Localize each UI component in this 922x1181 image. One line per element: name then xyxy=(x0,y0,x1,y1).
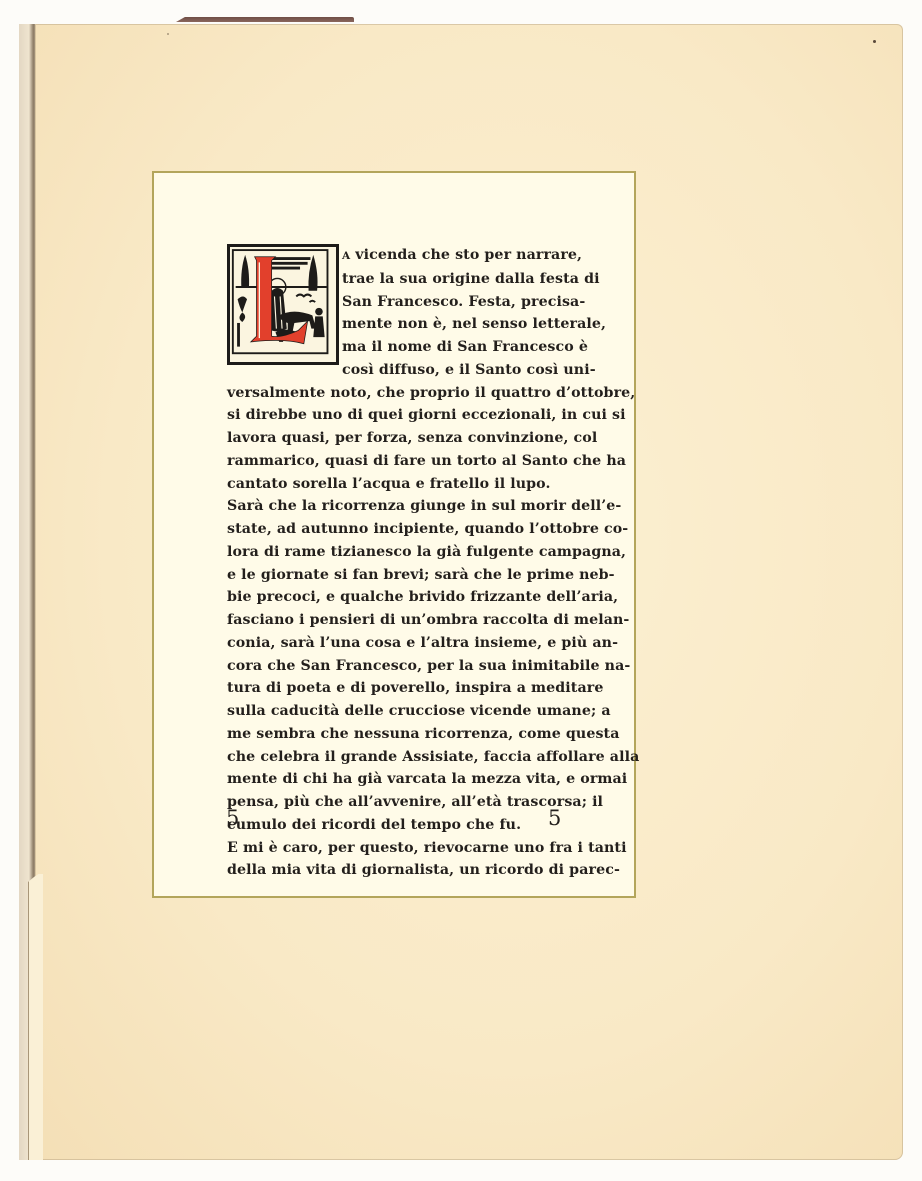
text-line: Sarà che la ricorrenza giunge in sul mor… xyxy=(227,495,563,518)
paper-speck xyxy=(873,40,876,43)
page-number-right: 5 xyxy=(548,806,561,830)
text-line: cantato sorella l’acqua e fratello il lu… xyxy=(227,473,563,496)
text-line: ma il nome di San Francesco è xyxy=(227,336,563,359)
body-text: A vicenda che sto per narrare, trae la s… xyxy=(227,244,563,882)
text-line: della mia vita di giornalista, un ricord… xyxy=(227,859,563,882)
text-line: tura di poeta e di poverello, inspira a … xyxy=(227,677,563,700)
text-line: fasciano i pensieri di un’ombra raccolta… xyxy=(227,609,563,632)
text-line: cumulo dei ricordi del tempo che fu. xyxy=(227,814,563,837)
text-line: conia, sarà l’una cosa e l’altra insieme… xyxy=(227,632,563,655)
text-line: cora che San Francesco, per la sua inimi… xyxy=(227,655,563,678)
text-line: sulla caducità delle crucciose vicende u… xyxy=(227,700,563,723)
text-line: e le giornate si fan brevi; sarà che le … xyxy=(227,564,563,587)
text-line: trae la sua origine dalla festa di xyxy=(227,268,563,291)
text-line: che celebra il grande Assisiate, faccia … xyxy=(227,746,563,769)
torn-page-edge xyxy=(28,874,43,1160)
text-line: così diffuso, e il Santo così uni- xyxy=(227,359,563,382)
binding-strip xyxy=(176,17,354,22)
text-line: bie precoci, e qualche brivido frizzante… xyxy=(227,586,563,609)
text-line: me sembra che nessuna ricorrenza, come q… xyxy=(227,723,563,746)
text-line: rammarico, quasi di fare un torto al San… xyxy=(227,450,563,473)
text-line: E mi è caro, per questo, rievocarne uno … xyxy=(227,837,563,860)
page-number-left: 5 xyxy=(226,806,239,830)
text-line: lavora quasi, per forza, senza convinzio… xyxy=(227,427,563,450)
text-line: pensa, più che all’avvenire, all’età tra… xyxy=(227,791,563,814)
text-line: lora di rame tizianesco la già fulgente … xyxy=(227,541,563,564)
dropcap-continuation: A xyxy=(342,250,350,262)
text-line: state, ad autunno incipiente, quando l’o… xyxy=(227,518,563,541)
text-line: mente di chi ha già varcata la mezza vit… xyxy=(227,768,563,791)
text-line: San Francesco. Festa, precisa- xyxy=(227,291,563,314)
text-line: A vicenda che sto per narrare, xyxy=(227,244,563,268)
text-line: versalmente noto, che proprio il quattro… xyxy=(227,382,563,405)
text-line: si direbbe uno di quei giorni eccezional… xyxy=(227,404,563,427)
text-line: mente non è, nel senso letterale, xyxy=(227,313,563,336)
paper-speck xyxy=(167,33,169,35)
